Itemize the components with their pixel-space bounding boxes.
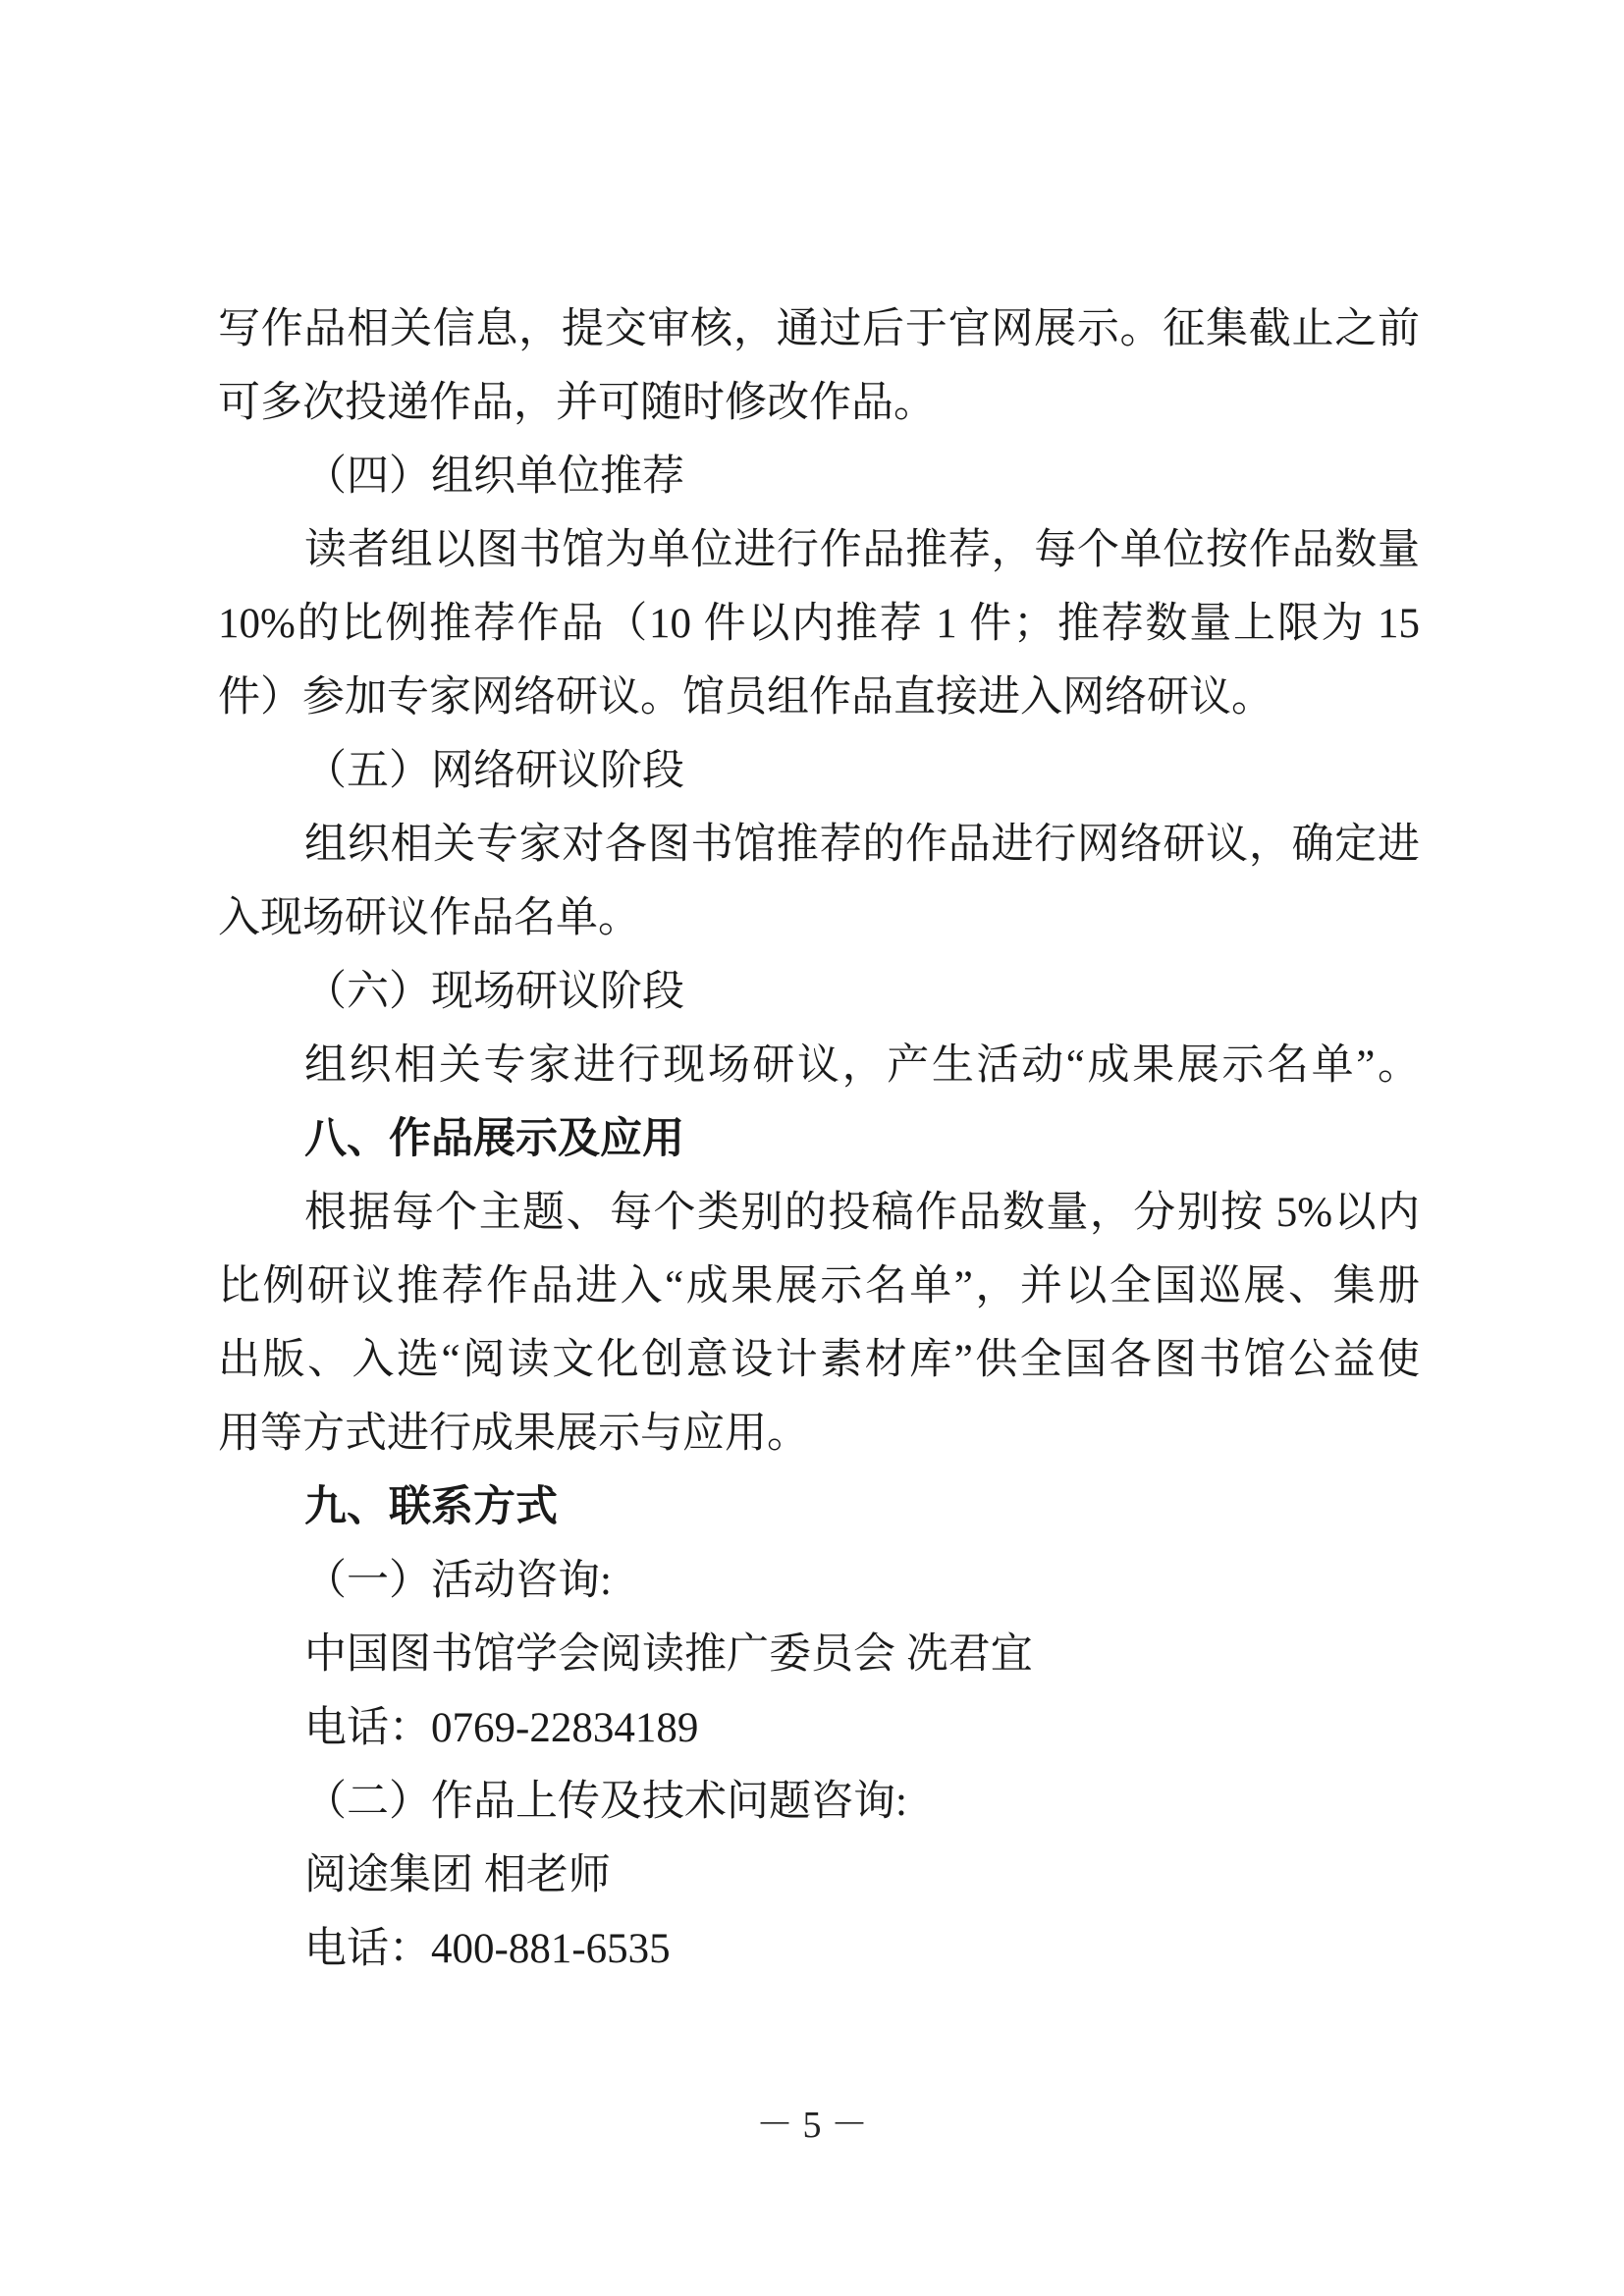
text-line-paragraph-end: 用等方式进行成果展示与应用。 [218, 1397, 1420, 1470]
heading-section-8: 八、作品展示及应用 [218, 1102, 1420, 1176]
text-line-paragraph-end: 件）参加专家网络研议。馆员组作品直接进入网络研议。 [218, 661, 1420, 734]
contact-phone-2: 电话：400-881-6535 [218, 1912, 1420, 1986]
text-line: 出版、入选“阅读文化创意设计素材库”供全国各图书馆公益使 [218, 1323, 1420, 1397]
contact-label-activity: （一）活动咨询: [218, 1544, 1420, 1618]
document-page: 写作品相关信息，提交审核，通过后于官网展示。征集截止之前 可多次投递作品，并可随… [0, 0, 1624, 2296]
page-number: － 5 － [756, 2105, 868, 2146]
subheading-section-5: （五）网络研议阶段 [218, 734, 1420, 808]
text-line: 组织相关专家对各图书馆推荐的作品进行网络研议，确定进 [218, 808, 1420, 881]
contact-label-technical: （二）作品上传及技术问题咨询: [218, 1765, 1420, 1839]
text-line: 比例研议推荐作品进入“成果展示名单”，并以全国巡展、集册 [218, 1250, 1420, 1323]
subheading-section-4: （四）组织单位推荐 [218, 440, 1420, 513]
page-footer: － 5 － [0, 2101, 1624, 2150]
text-line: 读者组以图书馆为单位进行作品推荐，每个单位按作品数量 [218, 513, 1420, 587]
heading-section-9: 九、联系方式 [218, 1470, 1420, 1544]
body-text: 写作品相关信息，提交审核，通过后于官网展示。征集截止之前 可多次投递作品，并可随… [218, 293, 1420, 1986]
text-line: 10%的比例推荐作品（10 件以内推荐 1 件；推荐数量上限为 15 [218, 587, 1420, 661]
subheading-section-6: （六）现场研议阶段 [218, 955, 1420, 1029]
text-line: 根据每个主题、每个类别的投稿作品数量，分别按 5%以内 [218, 1176, 1420, 1250]
text-line-paragraph-end: 可多次投递作品，并可随时修改作品。 [218, 366, 1420, 440]
contact-org-and-person: 中国图书馆学会阅读推广委员会 冼君宜 [218, 1618, 1420, 1691]
text-line-paragraph-end: 组织相关专家进行现场研议，产生活动“成果展示名单”。 [218, 1029, 1420, 1102]
text-line-paragraph-end: 入现场研议作品名单。 [218, 881, 1420, 955]
text-line-paragraph-continuation: 写作品相关信息，提交审核，通过后于官网展示。征集截止之前 [218, 293, 1420, 366]
contact-phone-1: 电话：0769-22834189 [218, 1691, 1420, 1765]
contact-org-and-person-2: 阅途集团 相老师 [218, 1839, 1420, 1912]
